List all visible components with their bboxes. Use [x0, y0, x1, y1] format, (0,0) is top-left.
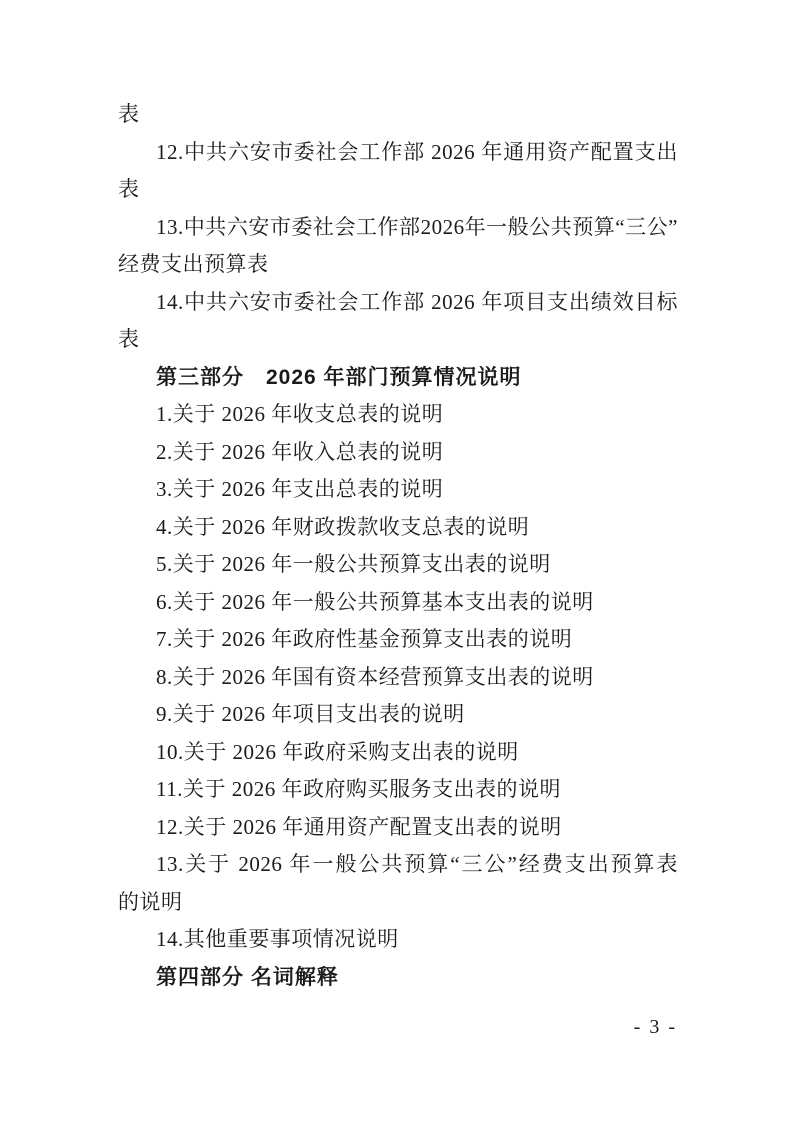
section-heading: 第四部分 名词解释: [118, 959, 678, 997]
toc-line: 表: [118, 171, 678, 209]
toc-line: 8.关于 2026 年国有资本经营预算支出表的说明: [118, 659, 678, 697]
toc-line: 13.关于 2026 年一般公共预算“三公”经费支出预算表: [118, 846, 678, 884]
toc-line: 12.关于 2026 年通用资产配置支出表的说明: [118, 809, 678, 847]
toc-line: 7.关于 2026 年政府性基金预算支出表的说明: [118, 621, 678, 659]
toc-line: 表: [118, 96, 678, 134]
toc-line: 经费支出预算表: [118, 246, 678, 284]
toc-line: 3.关于 2026 年支出总表的说明: [118, 471, 678, 509]
toc-line: 9.关于 2026 年项目支出表的说明: [118, 696, 678, 734]
toc-line: 12.中共六安市委社会工作部 2026 年通用资产配置支出: [118, 134, 678, 172]
toc-line: 11.关于 2026 年政府购买服务支出表的说明: [118, 771, 678, 809]
toc-line: 13.中共六安市委社会工作部2026年一般公共预算“三公”: [118, 209, 678, 247]
toc-line: 5.关于 2026 年一般公共预算支出表的说明: [118, 546, 678, 584]
toc-line: 的说明: [118, 884, 678, 922]
toc-line: 2.关于 2026 年收入总表的说明: [118, 434, 678, 472]
toc-line: 6.关于 2026 年一般公共预算基本支出表的说明: [118, 584, 678, 622]
toc-line: 1.关于 2026 年收支总表的说明: [118, 396, 678, 434]
section-heading: 第三部分 2026 年部门预算情况说明: [118, 359, 678, 397]
table-of-contents: 表12.中共六安市委社会工作部 2026 年通用资产配置支出表13.中共六安市委…: [118, 96, 678, 996]
toc-line: 14.其他重要事项情况说明: [118, 921, 678, 959]
page-number: - 3 -: [634, 1014, 677, 1040]
document-page: { "document": { "page_background": "#fff…: [0, 0, 793, 1122]
toc-line: 14.中共六安市委社会工作部 2026 年项目支出绩效目标: [118, 284, 678, 322]
toc-line: 10.关于 2026 年政府采购支出表的说明: [118, 734, 678, 772]
toc-line: 4.关于 2026 年财政拨款收支总表的说明: [118, 509, 678, 547]
toc-line: 表: [118, 321, 678, 359]
